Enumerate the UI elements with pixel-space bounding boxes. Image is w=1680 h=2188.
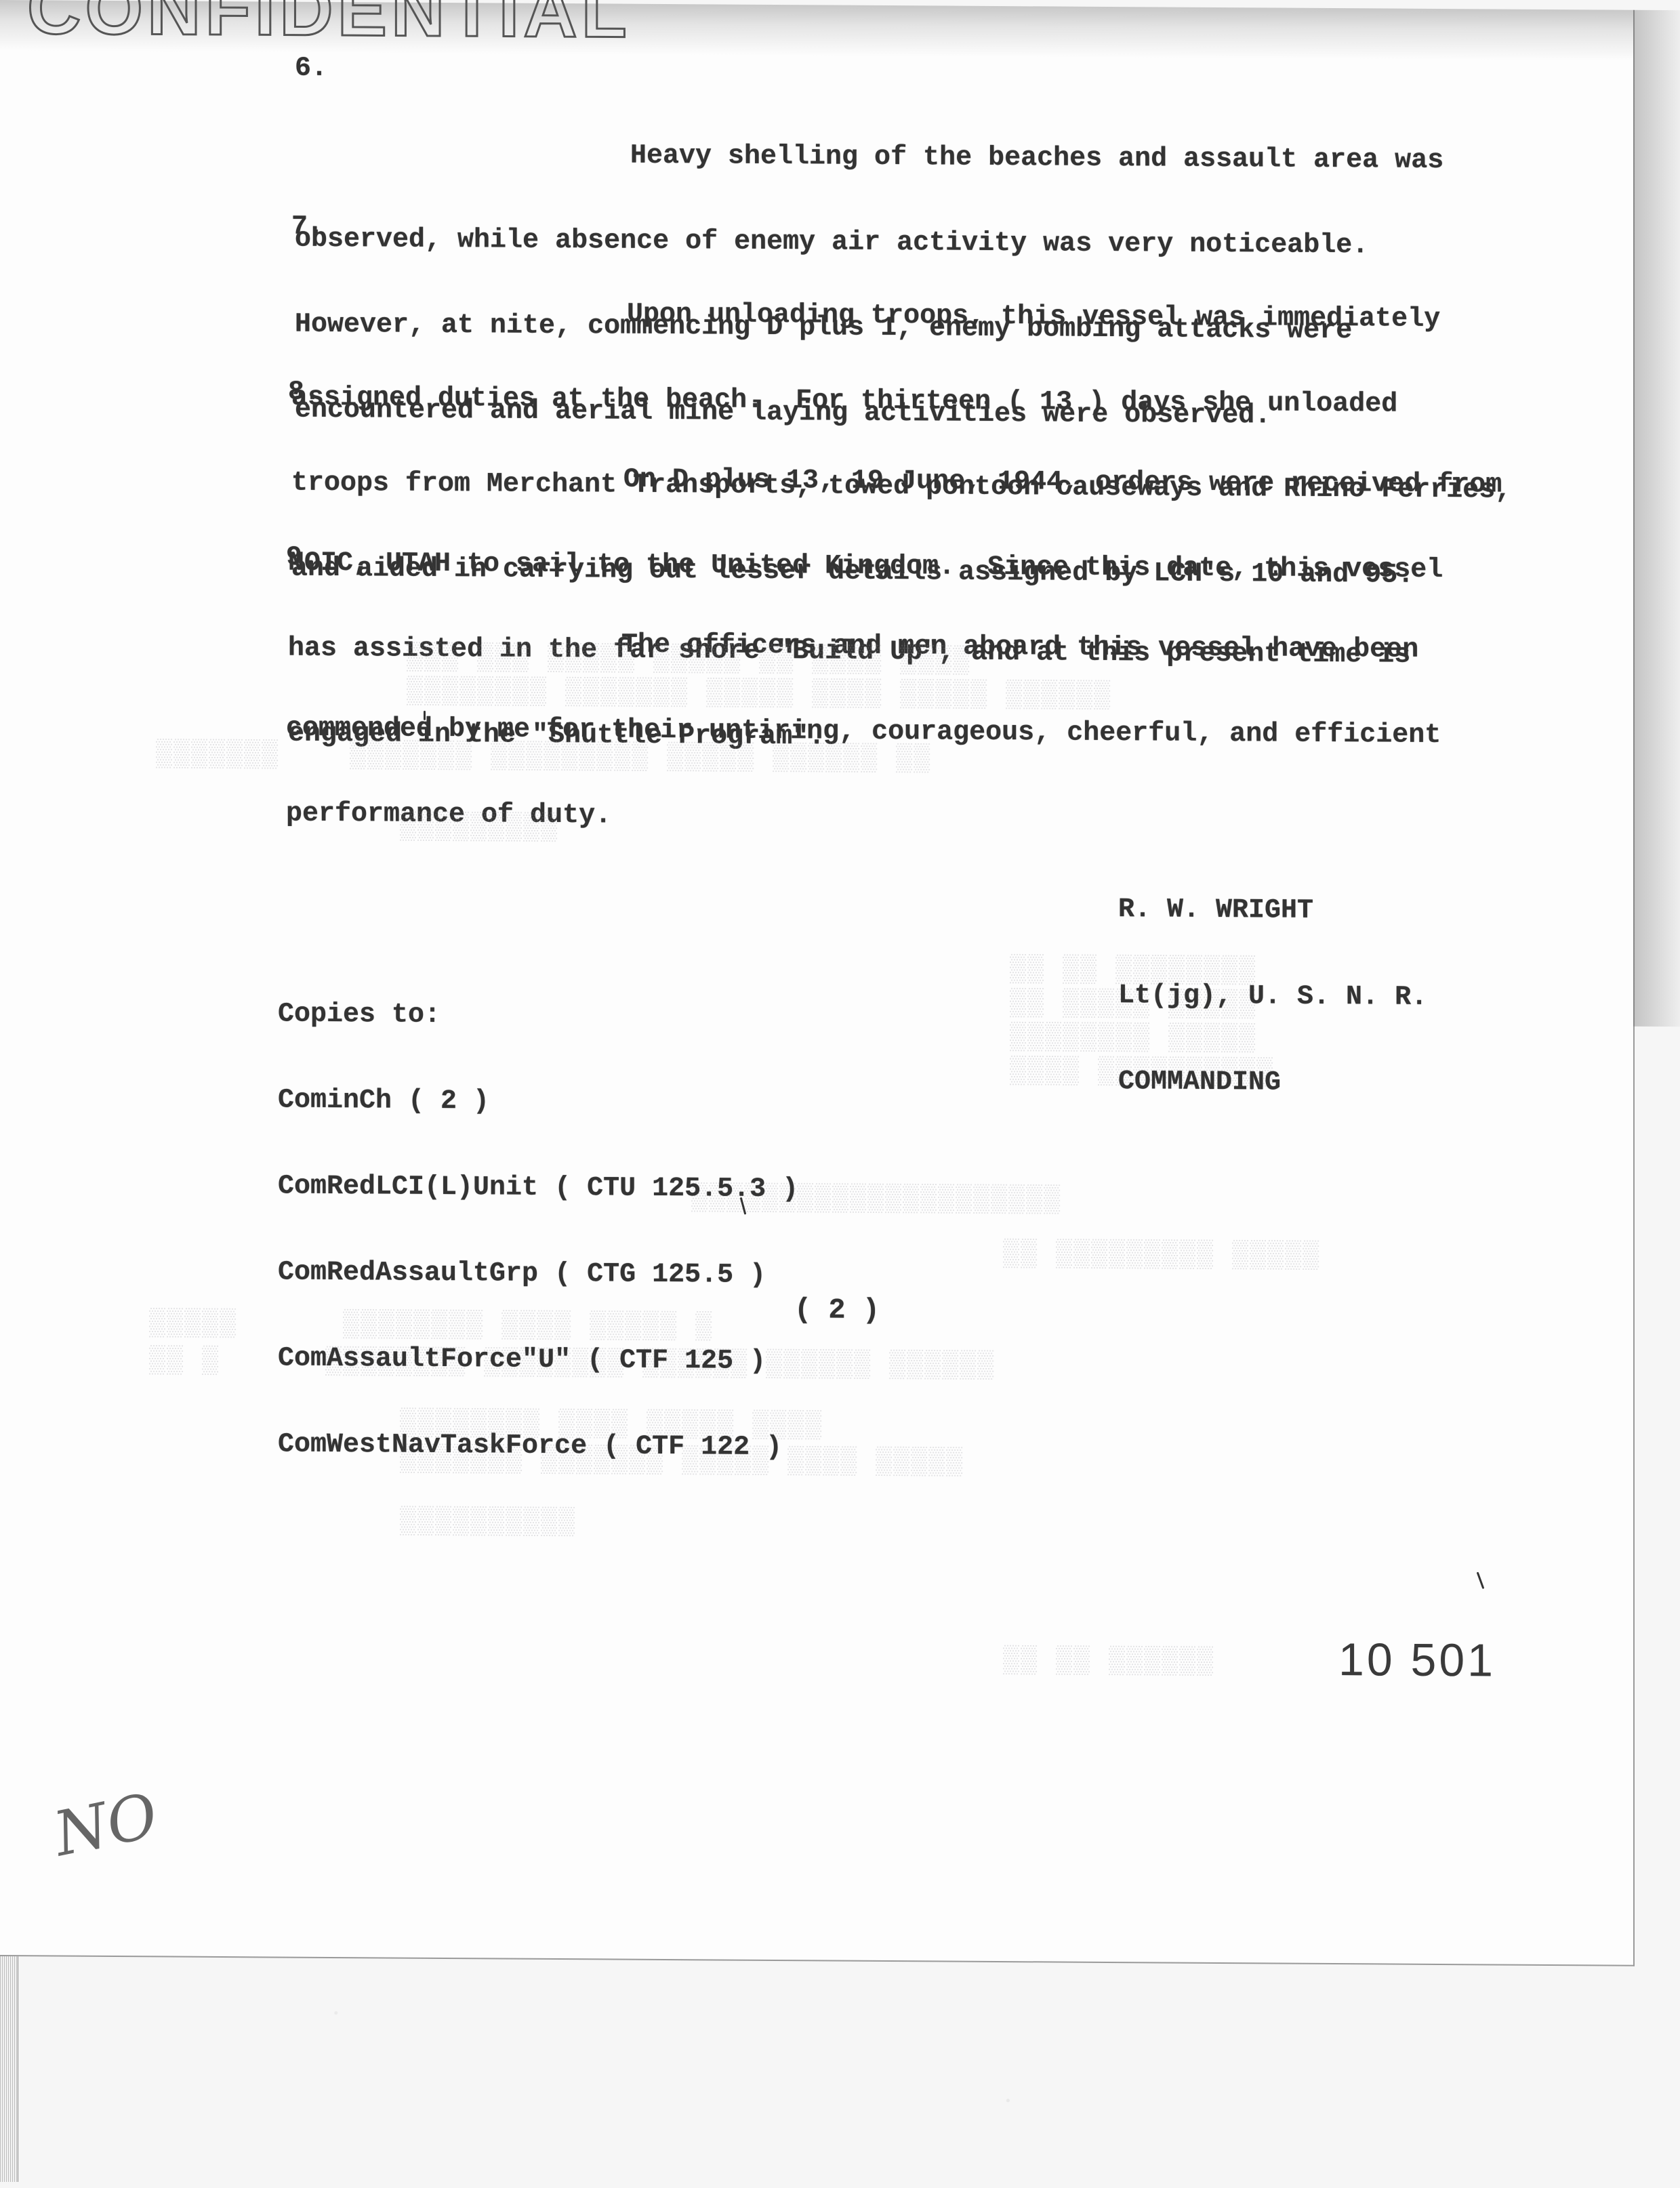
paragraph-line: Upon unloading troops, this vessel was i…	[291, 299, 1511, 335]
paragraph-number: 8.	[288, 379, 321, 407]
distribution-list: Copies to: CominCh ( 2 ) ComRedLCI(L)Uni…	[278, 944, 798, 1521]
bleed-through-text: ▒▒▒▒▒▒▒▒▒	[400, 812, 558, 844]
distribution-recipient: ComRedLCI(L)Unit ( CTU 125.5.3 )	[278, 1173, 798, 1205]
scan-edge-strip	[0, 1952, 18, 2182]
distribution-recipient: ComAssaultForce"U" ( CTF 125 )	[278, 1345, 798, 1378]
signer-name: R. W. WRIGHT	[1118, 896, 1427, 927]
signer-rank: Lt(jg), U. S. N. R.	[1118, 982, 1427, 1013]
distribution-recipient: CominCh ( 2 )	[278, 1087, 798, 1119]
page-number: ( 2 )	[794, 1296, 880, 1325]
bleed-through-text: ▒▒ ▒▒▒▒▒▒▒▒▒ ▒▒▒▒▒	[1003, 1239, 1320, 1272]
handwritten-annotation: NO	[48, 1780, 164, 1871]
page-edge-shadow	[1633, 10, 1680, 1027]
paragraph-number: 9.	[286, 544, 319, 573]
paragraph-line: On D plus 13, 19 June, 1944, orders were…	[288, 464, 1502, 500]
distribution-heading: Copies to:	[278, 1001, 798, 1033]
distribution-recipient: ComWestNavTaskForce ( CTF 122 )	[278, 1431, 798, 1464]
paragraph-line: Heavy shelling of the beaches and assaul…	[295, 140, 1443, 176]
classification-stamp: CONFIDENTIAL	[27, 0, 631, 55]
stray-mark	[1477, 1572, 1485, 1589]
paragraph-number: 7.	[291, 213, 324, 242]
stray-mark	[424, 711, 426, 720]
bleed-through-text: ▒▒ ▒▒ ▒▒▒▒▒▒	[1003, 1646, 1214, 1678]
bleed-through-text: ▒▒▒ ▒▒▒ ▒▒▒▒▒ ▒▒▒▒▒ ▒▒ ▒▒▒▒ ▒▒▒▒	[407, 643, 970, 677]
bleed-through-text: ▒▒▒▒▒▒▒ ▒▒▒▒▒▒▒ ▒▒▒▒▒▒▒▒▒ ▒▒▒▒▒ ▒▒▒▒▒▒ ▒…	[156, 739, 931, 775]
paragraph-number: 6.	[295, 55, 327, 83]
signature-block: R. W. WRIGHT Lt(jg), U. S. N. R. COMMAND…	[1118, 839, 1427, 1156]
bleed-through-text: ▒▒▒▒▒▒▒▒ ▒▒▒▒▒▒▒ ▒▒▒▒▒ ▒▒▒▒ ▒▒▒▒▒ ▒▒▒▒▒▒	[407, 677, 1111, 711]
document-page: CONFIDENTIAL 6. Heavy shelling of the be…	[0, 0, 1635, 1966]
distribution-recipient: ComRedAssaultGrp ( CTG 125.5 )	[278, 1259, 798, 1292]
document-number-stamp: 10 501	[1338, 1633, 1496, 1687]
signer-title: COMMANDING	[1118, 1068, 1427, 1099]
